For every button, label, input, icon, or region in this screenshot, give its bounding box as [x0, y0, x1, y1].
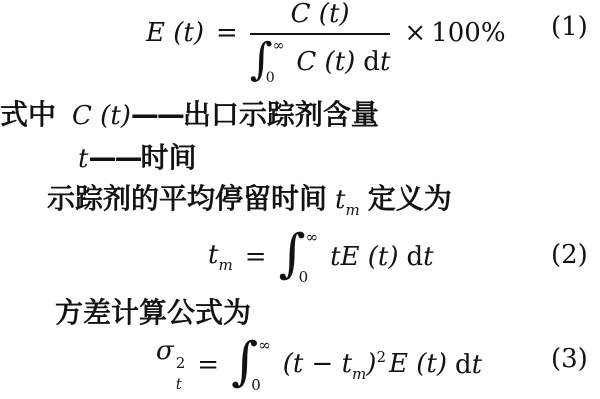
mean-residence-time-line: 示踪剂的平均停留时间 tm 定义为	[47, 182, 452, 219]
equation-2-number: (2)	[551, 240, 588, 270]
differential-d: d	[407, 242, 424, 272]
eq3-square-exponent: 2	[376, 348, 386, 366]
where-label: 式中	[0, 98, 56, 132]
integral-sign: ∫ ∞ 0	[250, 38, 285, 86]
eq2-integrand: tE (t)	[330, 242, 398, 272]
eq3-E-term: E (t)	[389, 349, 447, 379]
differential-var: t	[380, 47, 390, 77]
tm-symbol: tm	[335, 185, 360, 219]
where-clause-line: 式中 C (t) —— 出口示踪剂含量	[0, 98, 379, 132]
em-dash: ——	[131, 98, 183, 132]
eq2-lhs: tm	[208, 240, 233, 274]
tm-base: t	[335, 185, 345, 215]
integral-upper-limit: ∞	[273, 38, 285, 54]
eq2-lhs-base: t	[208, 240, 218, 270]
document-page: E (t) = C (t) ∫ ∞ 0 C (t) dt ×100% (1) 式…	[0, 0, 600, 399]
integral-limits: ∞ 0	[306, 228, 319, 286]
integral-sign: ∫ ∞ 0	[278, 228, 318, 286]
differential-var: t	[423, 242, 433, 272]
eq3-lhs: σ2t	[156, 336, 185, 394]
eq2-equals-sign: =	[245, 242, 267, 272]
equation-3: σ2t = ∫ ∞ 0 (t − tm)2E (t) dt	[156, 336, 482, 394]
variance-intro-text: 方差计算公式为	[55, 296, 251, 330]
eq3-open-paren-term: (t −	[283, 349, 342, 379]
eq3-tm-base: t	[342, 349, 352, 379]
eq2-differential: dt	[407, 242, 434, 272]
eq3-sigma: σ	[156, 336, 174, 366]
eq2-lhs-subscript: m	[218, 256, 232, 274]
eq1-denominator-body: C (t)	[296, 47, 355, 77]
eq1-numerator-text: C (t)	[291, 0, 350, 29]
times-sign: ×	[404, 18, 426, 48]
variance-intro-line: 方差计算公式为	[55, 296, 251, 330]
eq1-lhs: E (t)	[146, 18, 204, 48]
eq1-differential: dt	[363, 47, 390, 77]
eq3-differential: dt	[455, 350, 482, 380]
tm-intro-text: 示踪剂的平均停留时间	[47, 182, 327, 216]
differential-d: d	[455, 350, 472, 380]
eq3-sigma-subscript: t	[176, 374, 182, 394]
eq1-numerator: C (t)	[250, 0, 391, 35]
integral-upper-limit: ∞	[306, 228, 319, 246]
eq3-integrand: (t − tm)2E (t)	[283, 348, 447, 383]
integral-lower-limit: 0	[266, 70, 285, 86]
eq1-multiplier: ×100%	[404, 18, 505, 48]
eq3-sigma-superscript: 2	[176, 353, 186, 373]
differential-var: t	[472, 350, 482, 380]
differential-d: d	[363, 47, 380, 77]
where-description: 出口示踪剂含量	[183, 98, 379, 132]
equation-2: tm = ∫ ∞ 0 tE (t) dt	[208, 228, 434, 286]
equation-3-number: (3)	[551, 344, 588, 374]
equation-1-number: (1)	[551, 12, 588, 42]
integral-limits: ∞ 0	[273, 38, 285, 86]
time-description: 时间	[140, 141, 196, 175]
integral-lower-limit: 0	[299, 268, 319, 286]
integral-upper-limit: ∞	[258, 336, 271, 354]
equation-1: E (t) = C (t) ∫ ∞ 0 C (t) dt ×100%	[146, 0, 506, 86]
tm-outro-text: 定义为	[368, 182, 452, 216]
time-definition-line: t —— 时间	[78, 141, 196, 175]
eq1-equals-sign: =	[216, 18, 238, 48]
integral-sign: ∫ ∞ 0	[231, 336, 271, 394]
integral-limits: ∞ 0	[258, 336, 271, 394]
percent-value: 100%	[431, 18, 505, 48]
tm-subscript: m	[345, 201, 359, 219]
eq1-fraction: C (t) ∫ ∞ 0 C (t) dt	[250, 0, 391, 86]
integral-lower-limit: 0	[251, 376, 271, 394]
eq3-sigma-scripts: 2t	[176, 353, 186, 394]
where-symbol: C (t)	[72, 101, 131, 131]
time-symbol: t	[78, 144, 88, 174]
eq3-close-paren: )	[366, 349, 376, 379]
eq1-denominator: ∫ ∞ 0 C (t) dt	[250, 35, 391, 86]
eq3-tm-subscript: m	[352, 365, 366, 383]
eq3-equals-sign: =	[197, 350, 219, 380]
em-dash: ——	[88, 141, 140, 175]
